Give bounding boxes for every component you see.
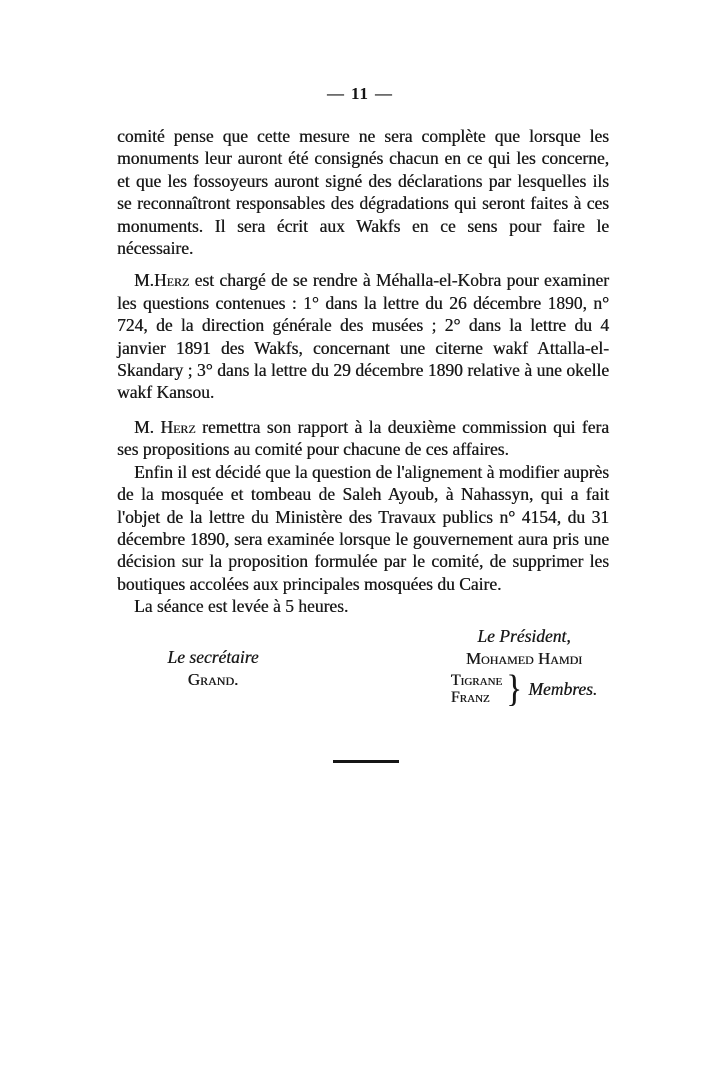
signature-president-block: Le Président, Mohamed Hamdi Tigrane Fran… [424, 626, 624, 706]
secretary-role: Le secrétaire [138, 647, 288, 668]
section-divider [333, 760, 399, 763]
members-group: Tigrane Franz } Membres. [424, 672, 624, 706]
person-name-herz: Herz [154, 270, 189, 290]
president-name: Mohamed Hamdi [424, 648, 624, 669]
page-header: —11— [0, 84, 720, 104]
members-brace-glyph: } [506, 672, 522, 706]
person-name-herz: Herz [160, 417, 195, 437]
scanned-document-page: —11— comité pense que cette mesure ne se… [0, 0, 720, 1082]
member-names: Tigrane Franz [451, 672, 502, 706]
document-text-block: comité pense que cette mesure ne sera co… [117, 125, 609, 618]
paragraph-lead: M. [134, 417, 160, 437]
member-name-tigrane: Tigrane [451, 672, 502, 689]
closing-line: La séance est levée à 5 heures. [117, 595, 609, 617]
paragraph-lead: M. [134, 270, 154, 290]
member-name-franz: Franz [451, 689, 490, 706]
paragraph: Enfin il est décidé que la question de l… [117, 461, 609, 595]
paragraph-text: est chargé de se rendre à Méhalla-el-Kob… [117, 270, 609, 402]
secretary-name: Grand. [138, 669, 288, 690]
header-dash-right: — [369, 84, 399, 103]
members-label: Membres. [528, 679, 597, 700]
page-number: 11 [351, 84, 369, 103]
paragraph: M.Herz est chargé de se rendre à Méhalla… [117, 269, 609, 403]
header-dash-left: — [321, 84, 351, 103]
signature-secretary-block: Le secrétaire Grand. [138, 647, 288, 690]
paragraph: comité pense que cette mesure ne sera co… [117, 125, 609, 259]
president-role: Le Président, [424, 626, 624, 647]
paragraph: M. Herz remettra son rapport à la deuxiè… [117, 416, 609, 461]
